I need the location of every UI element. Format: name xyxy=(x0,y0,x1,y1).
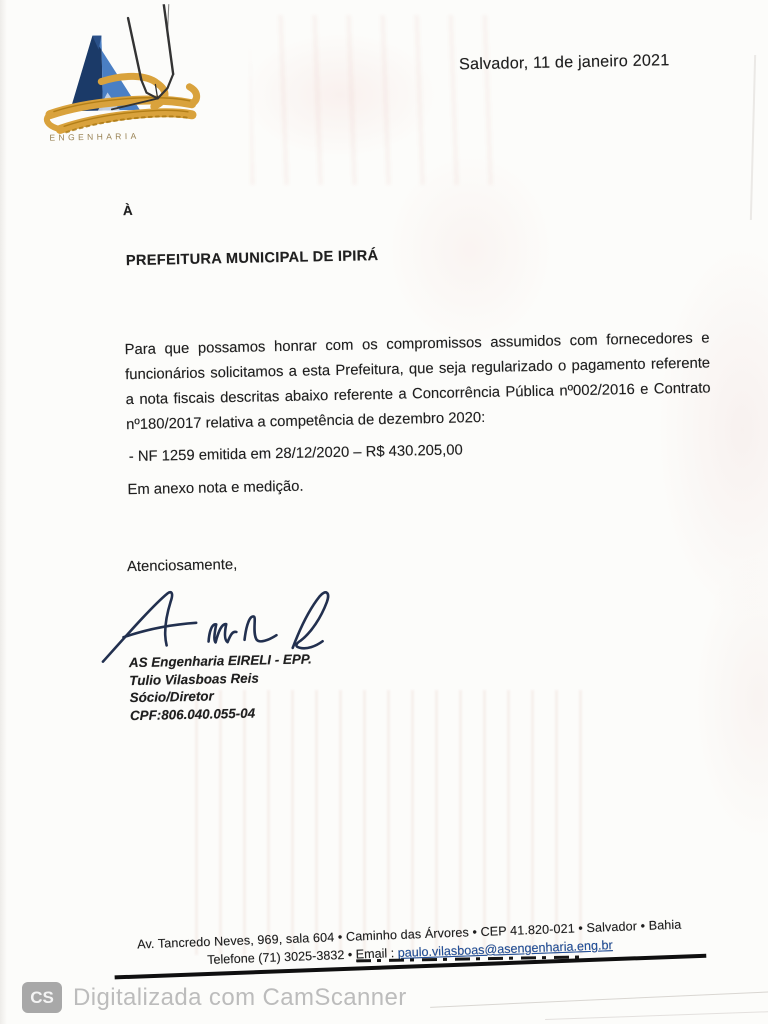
logo-engenharia-label: ENGENHARIA xyxy=(49,131,139,143)
body-paragraph: Para que possamos honrar com os compromi… xyxy=(124,326,711,438)
recipient-name: PREFEITURA MUNICIPAL DE IPIRÁ xyxy=(126,248,379,269)
letterhead-footer: Av. Tancredo Neves, 969, sala 604 • Cami… xyxy=(103,914,716,979)
invoice-line: - NF 1259 emitida em 28/12/2020 – R$ 430… xyxy=(129,442,463,465)
signer-cpf: CPF:806.040.055-04 xyxy=(130,703,313,724)
signature-block: AS Engenharia EIRELI - EPP. Tulio Vilasb… xyxy=(129,650,313,724)
attachment-line: Em anexo nota e medição. xyxy=(127,479,303,499)
scanned-letter-page: CS Digitalizada com CamScanner xyxy=(0,0,768,1024)
as-engenharia-logo-icon xyxy=(40,3,243,152)
signer-company: AS Engenharia EIRELI - EPP. xyxy=(129,650,312,671)
date-line: Salvador, 11 de janeiro 2021 xyxy=(459,51,670,74)
footer-phone: Telefone (71) 3025-3832 • Email : xyxy=(207,946,398,967)
salutation: À xyxy=(123,203,133,218)
letter-content: ENGENHARIA Salvador, 11 de janeiro 2021 … xyxy=(0,0,768,1024)
closing-line: Atenciosamente, xyxy=(127,557,238,575)
